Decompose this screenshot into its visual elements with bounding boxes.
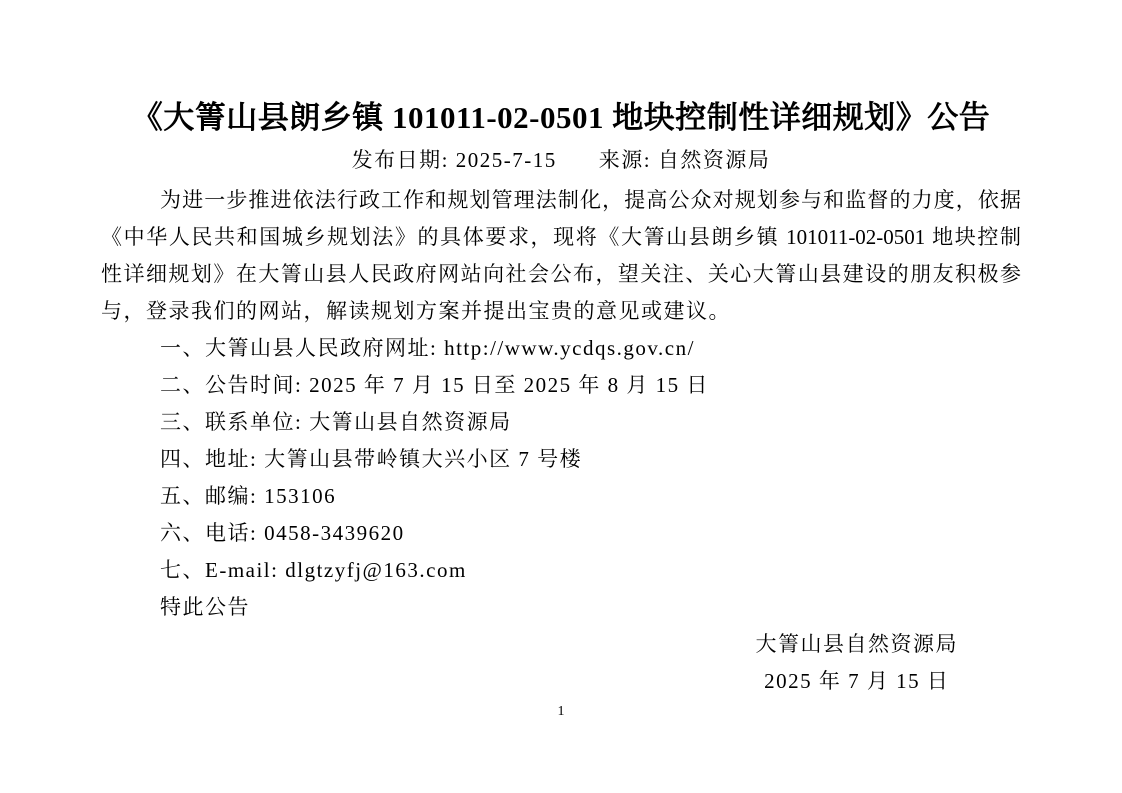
meta-line: 发布日期: 2025-7-15 来源: 自然资源局: [101, 142, 1021, 179]
document-content: 《大箐山县朗乡镇 101011-02-0501 地块控制性详细规划》公告 发布日…: [0, 0, 1122, 700]
publish-date: 发布日期: 2025-7-15: [352, 142, 557, 179]
closing-text: 特此公告: [101, 589, 1021, 626]
signature-block: 大箐山县自然资源局 2025 年 7 月 15 日: [756, 626, 959, 700]
notice-item: 三、联系单位: 大箐山县自然资源局: [101, 404, 1021, 441]
notice-item: 二、公告时间: 2025 年 7 月 15 日至 2025 年 8 月 15 日: [101, 367, 1021, 404]
notice-item: 六、电话: 0458-3439620: [101, 515, 1021, 552]
announcement-paragraph: 为进一步推进依法行政工作和规划管理法制化，提高公众对规划参与和监督的力度，依据 …: [101, 182, 1021, 330]
notice-item-list: 一、大箐山县人民政府网址: http://www.ycdqs.gov.cn/ 二…: [101, 330, 1021, 589]
signature-org: 大箐山县自然资源局: [756, 626, 959, 663]
source-label: 来源: 自然资源局: [599, 142, 771, 179]
notice-item: 四、地址: 大箐山县带岭镇大兴小区 7 号楼: [101, 441, 1021, 478]
notice-item: 一、大箐山县人民政府网址: http://www.ycdqs.gov.cn/: [101, 330, 1021, 367]
paragraph-line: 与，登录我们的网站，解读规划方案并提出宝贵的意见或建议。: [101, 293, 1021, 330]
paragraph-line: 性详细规划》在大箐山县人民政府网站向社会公布，望关注、关心大箐山县建设的朋友积极…: [101, 256, 1021, 293]
page-title: 《大箐山县朗乡镇 101011-02-0501 地块控制性详细规划》公告: [101, 96, 1021, 140]
paragraph-line: 为进一步推进依法行政工作和规划管理法制化，提高公众对规划参与和监督的力度，依据: [101, 182, 1021, 219]
page-number: 1: [0, 704, 1122, 720]
signature-date: 2025 年 7 月 15 日: [756, 663, 959, 700]
notice-item: 七、E-mail: dlgtzyfj@163.com: [101, 552, 1021, 589]
document-page: 《大箐山县朗乡镇 101011-02-0501 地块控制性详细规划》公告 发布日…: [0, 0, 1122, 793]
paragraph-line: 《中华人民共和国城乡规划法》的具体要求，现将《大箐山县朗乡镇 101011-02…: [101, 219, 1021, 256]
notice-item: 五、邮编: 153106: [101, 478, 1021, 515]
